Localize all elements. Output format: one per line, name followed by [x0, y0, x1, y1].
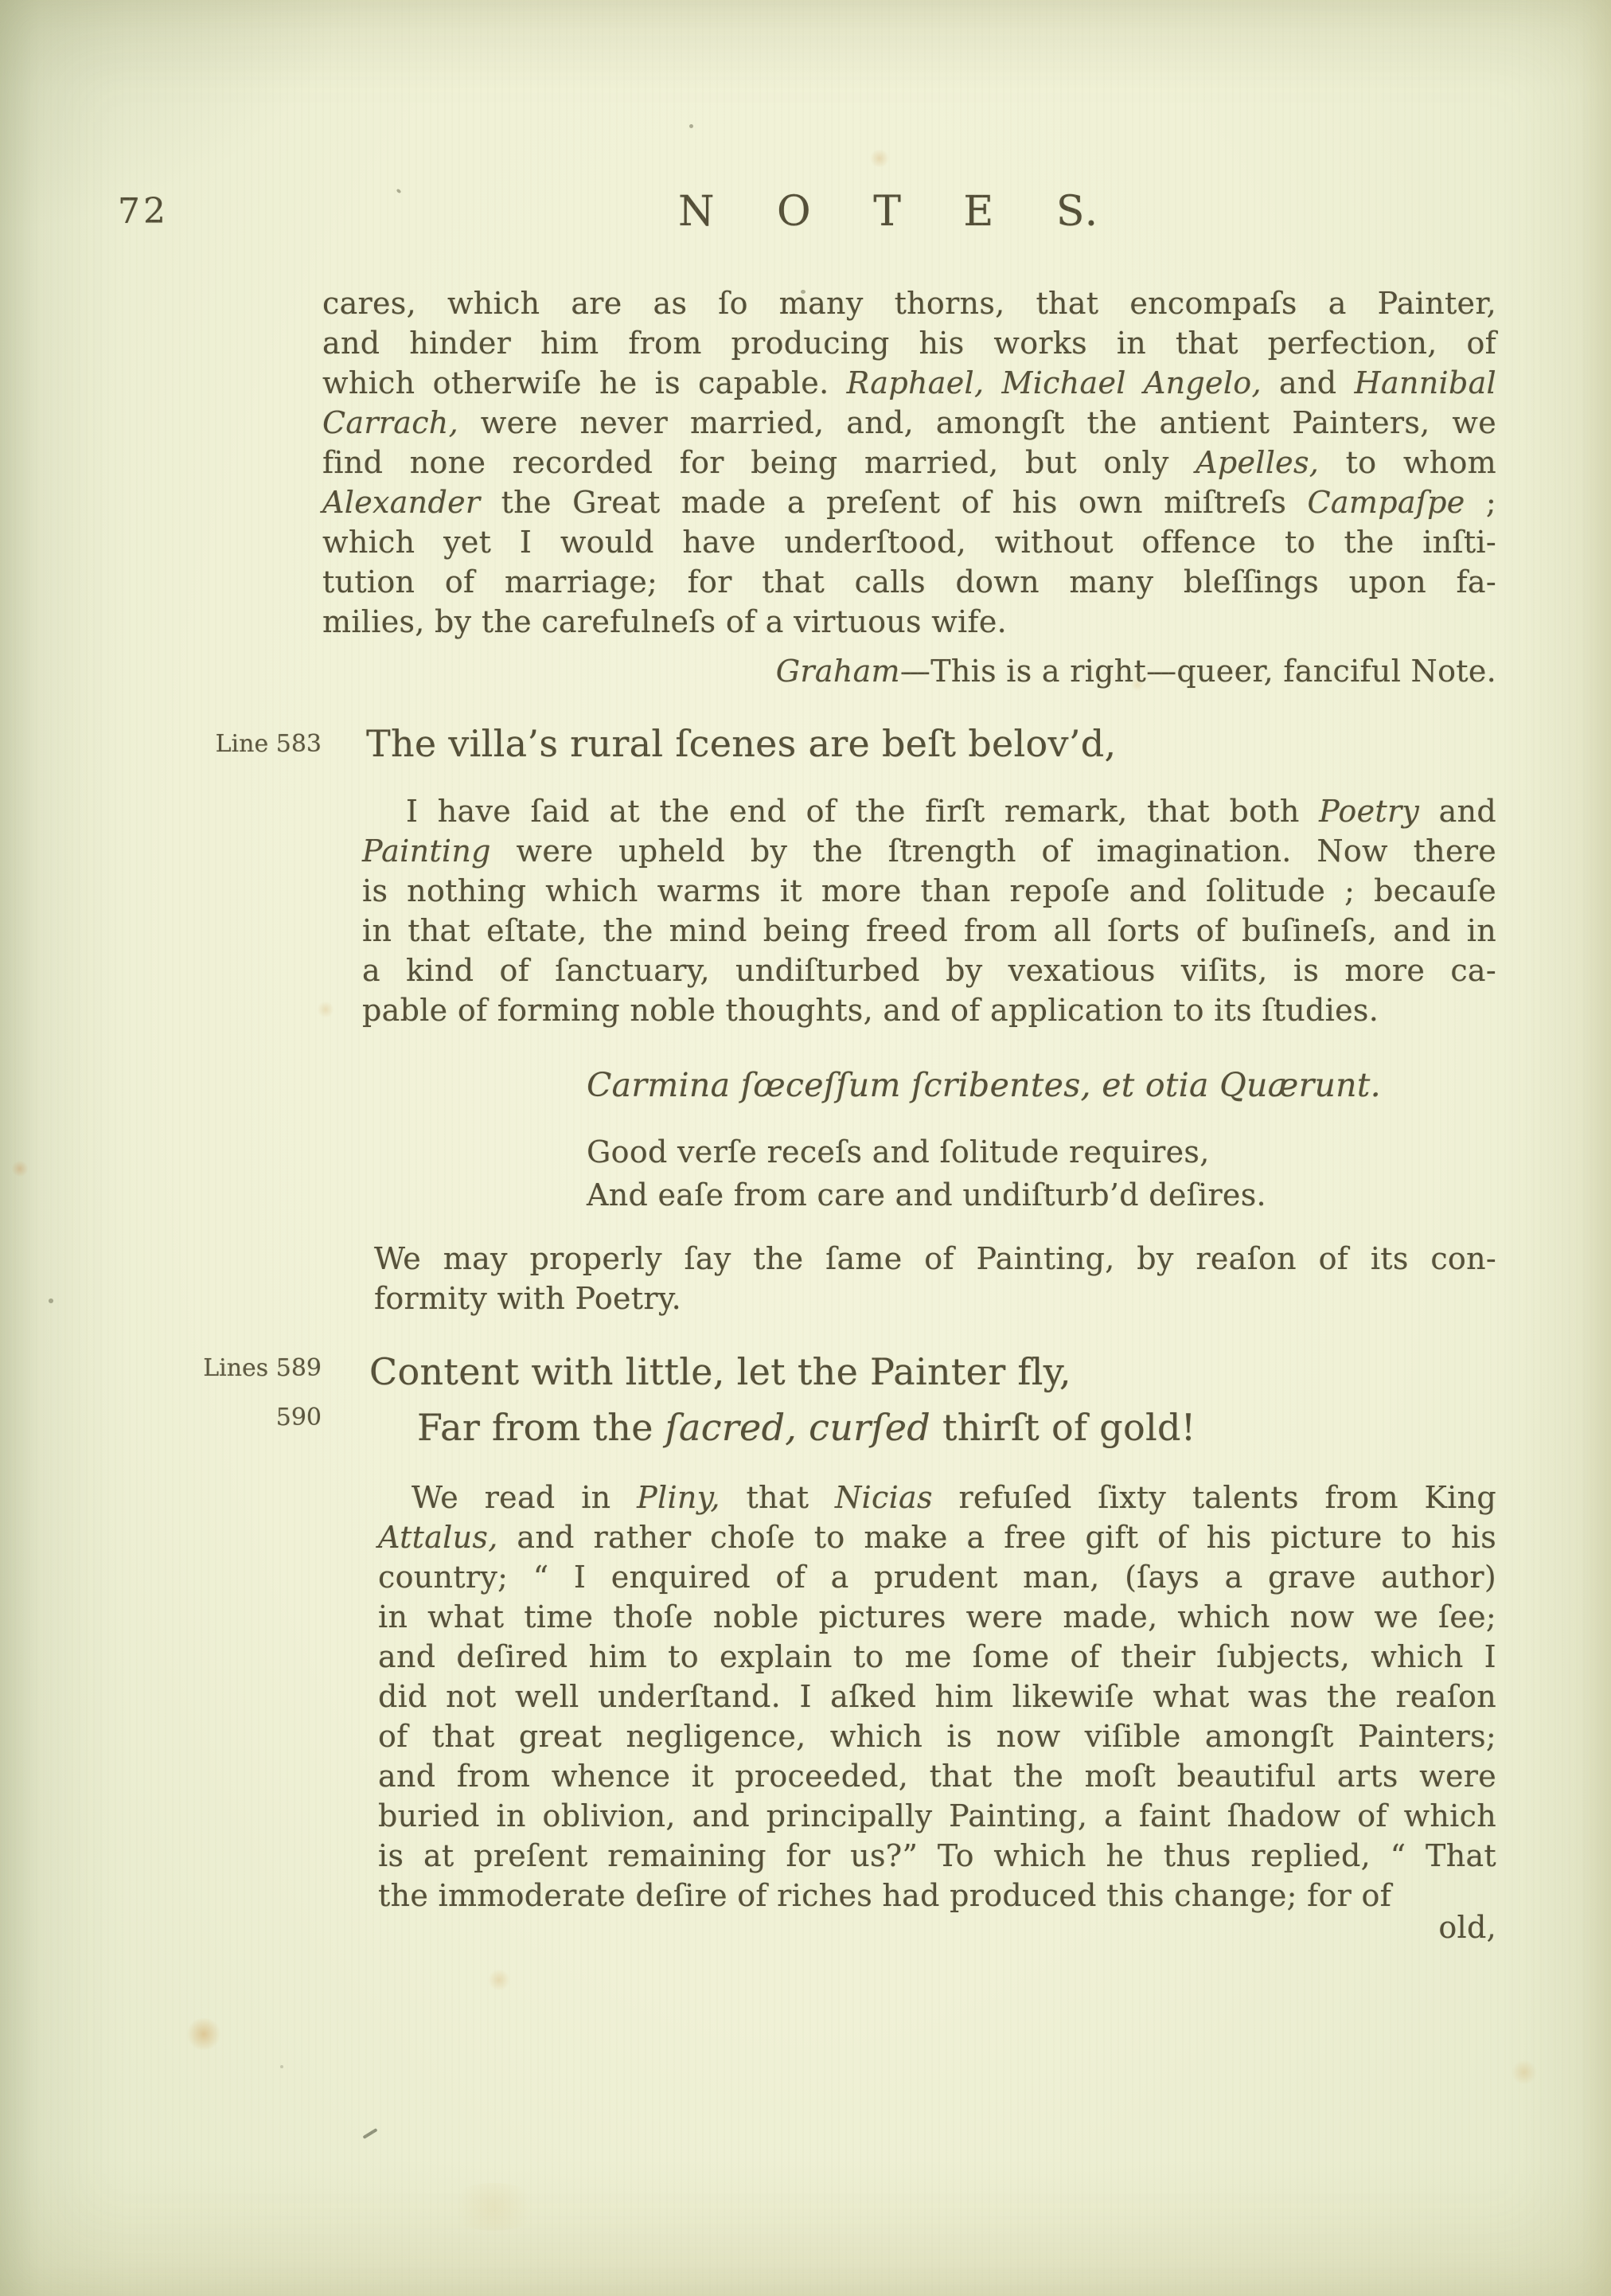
- italic-text-run: Graham: [776, 654, 900, 689]
- text-line: find none recorded for being married, bu…: [322, 443, 1496, 482]
- text-line: country; “ I enquired of a prudent man, …: [378, 1557, 1496, 1597]
- text-run: and hinder him from producing his works …: [322, 326, 1496, 361]
- italic-text-run: Hannibal: [1355, 365, 1496, 400]
- text-run: of that great negligence, which is now v…: [378, 1719, 1496, 1754]
- text-line: Carmina ſœceſſum ſcribentes, et otia Quæ…: [587, 1064, 1496, 1107]
- margin-lines-label-2: 590: [170, 1403, 322, 1433]
- text-line: The villa’s rural ſcenes are beſt belov’…: [366, 721, 1496, 766]
- text-line: I have ſaid at the end of the firſt rema…: [362, 791, 1496, 831]
- text-line: milies, by the carefulneſs of a virtuous…: [322, 602, 1496, 642]
- text-run: ;: [1465, 485, 1496, 520]
- text-line: formity with Poetry.: [374, 1279, 1496, 1318]
- text-run: pable of forming noble thoughts, and of …: [362, 993, 1379, 1028]
- note-attribution: Graham—This is a right—queer, fanciful N…: [334, 651, 1496, 691]
- text-line: Painting were upheld by the ſtrength of …: [362, 831, 1496, 871]
- text-line: Graham—This is a right—queer, fanciful N…: [334, 651, 1496, 691]
- text-run: is at preſent remaining for us?” To whic…: [378, 1838, 1496, 1873]
- text-line: and deſired him to explain to me ſome of…: [378, 1637, 1496, 1677]
- italic-text-run: Alexander: [322, 485, 480, 520]
- text-run: were upheld by the ſtrength of imaginati…: [491, 834, 1496, 869]
- text-line: and hinder him from producing his works …: [322, 323, 1496, 363]
- text-run: is nothing which warms it more than repo…: [362, 873, 1496, 908]
- italic-text-run: Campaſpe: [1308, 485, 1465, 520]
- text-line: which yet I would have underſtood, witho…: [322, 522, 1496, 562]
- text-run: And eaſe from care and undiſturb’d deſir…: [587, 1177, 1266, 1212]
- paragraph-continuation: cares, which are as ſo many thorns, that…: [322, 283, 1496, 642]
- text-run: —This is a right—queer, fanciful Note.: [900, 654, 1496, 689]
- italic-text-run: Carrach,: [322, 405, 458, 440]
- text-run: the Great made a preſent of his own miſt…: [480, 485, 1307, 520]
- italic-text-run: ſacred, curſed: [665, 1406, 930, 1449]
- verse-translation: Good verſe receſs and ſolitude requires,…: [587, 1130, 1496, 1216]
- paragraph-remark: I have ſaid at the end of the firſt rema…: [362, 791, 1496, 1030]
- text-run: old,: [1438, 1910, 1496, 1945]
- text-line: Good verſe receſs and ſolitude requires,: [587, 1130, 1496, 1173]
- text-line: of that great negligence, which is now v…: [378, 1716, 1496, 1756]
- text-run: country; “ I enquired of a prudent man, …: [378, 1560, 1496, 1595]
- text-run: tution of marriage; for that calls down …: [322, 564, 1496, 599]
- text-run: to whom: [1319, 445, 1496, 480]
- paper-stain: [317, 1002, 334, 1017]
- text-line: We may properly ſay the ſame of Painting…: [374, 1239, 1496, 1279]
- text-line: buried in oblivion, and principally Pain…: [378, 1796, 1496, 1836]
- text-line: old,: [334, 1907, 1496, 1947]
- text-line: cares, which are as ſo many thorns, that…: [322, 283, 1496, 323]
- text-line: pable of forming noble thoughts, and of …: [362, 990, 1496, 1030]
- italic-text-run: Nicias: [835, 1480, 933, 1515]
- text-line: Content with little, let the Painter fly…: [369, 1344, 1496, 1400]
- page-number: 72: [118, 191, 169, 232]
- lemma-quotation-583: The villa’s rural ſcenes are beſt belov’…: [366, 721, 1496, 766]
- text-run: milies, by the carefulneſs of a virtuous…: [322, 604, 1007, 639]
- latin-quotation: Carmina ſœceſſum ſcribentes, et otia Quæ…: [587, 1064, 1496, 1107]
- text-run: thirſt of gold!: [930, 1406, 1196, 1449]
- text-run: and rather choſe to make a free gift of …: [498, 1520, 1496, 1555]
- text-run: We may properly ſay the ſame of Painting…: [374, 1241, 1496, 1276]
- text-line: Far from the ſacred, curſed thirſt of go…: [417, 1400, 1496, 1455]
- text-run: find none recorded for being married, bu…: [322, 445, 1196, 480]
- text-run: We read in: [412, 1480, 637, 1515]
- italic-text-run: Poetry: [1319, 794, 1419, 829]
- margin-line-label: Line 583: [170, 729, 322, 759]
- text-run: Good verſe receſs and ſolitude requires,: [587, 1134, 1210, 1169]
- italic-text-run: Apelles,: [1196, 445, 1319, 480]
- text-run: formity with Poetry.: [374, 1281, 681, 1316]
- text-run: a kind of ſanctuary, undiſturbed by vexa…: [362, 953, 1496, 988]
- italic-text-run: Attalus,: [378, 1520, 498, 1555]
- text-run: which yet I would have underſtood, witho…: [322, 525, 1496, 560]
- text-run: Content with little, let the Painter fly…: [369, 1350, 1071, 1393]
- text-run: and: [1262, 365, 1355, 400]
- text-run: that: [720, 1480, 835, 1515]
- text-run: were never married, and, amongſt the ant…: [458, 405, 1496, 440]
- text-line: and from whence it proceeded, that the m…: [378, 1756, 1496, 1796]
- margin-lines-reference: Lines 589 590: [170, 1353, 322, 1433]
- text-run: buried in oblivion, and principally Pain…: [378, 1798, 1496, 1833]
- text-run: Far from the: [417, 1406, 665, 1449]
- text-line: did not well underſtand. I aſked him lik…: [378, 1677, 1496, 1716]
- paper-stain: [185, 2018, 222, 2050]
- italic-text-run: Pliny,: [637, 1480, 720, 1515]
- text-column: cares, which are as ſo many thorns, that…: [334, 0, 1496, 2296]
- catchword: old,: [334, 1907, 1496, 1947]
- text-line: Attalus, and rather choſe to make a free…: [378, 1517, 1496, 1557]
- text-line: in that eſtate, the mind being freed fro…: [362, 911, 1496, 951]
- text-line: tution of marriage; for that calls down …: [322, 562, 1496, 602]
- text-line: Carrach, were never married, and, amongſ…: [322, 403, 1496, 443]
- text-run: in what time thoſe noble pictures were m…: [378, 1599, 1496, 1634]
- text-run: refuſed ſixty talents from King: [933, 1480, 1496, 1515]
- text-line: a kind of ſanctuary, undiſturbed by vexa…: [362, 951, 1496, 990]
- italic-text-run: Carmina ſœceſſum ſcribentes, et otia Quæ…: [587, 1066, 1381, 1104]
- margin-lines-label: Lines 589: [170, 1353, 322, 1384]
- book-page-scan: 72 N O T E S. cares, which are as ſo man…: [0, 0, 1611, 2296]
- text-run: and from whence it proceeded, that the m…: [378, 1759, 1496, 1794]
- paper-stain: [1511, 2060, 1538, 2084]
- italic-text-run: Raphael, Michael Angelo,: [847, 365, 1262, 400]
- margin-line-reference: Line 583: [170, 729, 322, 759]
- text-run: I have ſaid at the end of the firſt rema…: [406, 794, 1319, 829]
- paper-speck: [49, 1298, 53, 1303]
- text-run: and deſired him to explain to me ſome of…: [378, 1639, 1496, 1674]
- text-run: which otherwiſe he is capable.: [322, 365, 847, 400]
- text-run: and: [1419, 794, 1496, 829]
- text-line: Alexander the Great made a preſent of hi…: [322, 482, 1496, 522]
- text-run: The villa’s rural ſcenes are beſt belov’…: [366, 722, 1116, 765]
- text-line: We read in Pliny, that Nicias refuſed ſi…: [378, 1478, 1496, 1517]
- paper-speck: [280, 2065, 283, 2068]
- text-run: did not well underſtand. I aſked him lik…: [378, 1679, 1496, 1714]
- text-line: And eaſe from care and undiſturb’d deſir…: [587, 1173, 1496, 1216]
- text-run: in that eſtate, the mind being freed fro…: [362, 913, 1496, 948]
- text-line: which otherwiſe he is capable. Raphael, …: [322, 363, 1496, 403]
- text-line: in what time thoſe noble pictures were m…: [378, 1597, 1496, 1637]
- paragraph-conformity: We may properly ſay the ſame of Painting…: [374, 1239, 1496, 1318]
- text-line: is at preſent remaining for us?” To whic…: [378, 1836, 1496, 1876]
- text-line: is nothing which warms it more than repo…: [362, 871, 1496, 911]
- paragraph-pliny: We read in Pliny, that Nicias refuſed ſi…: [378, 1478, 1496, 1915]
- paper-stain: [11, 1161, 29, 1177]
- italic-text-run: Painting: [362, 834, 491, 869]
- lemma-quotation-589-590: Content with little, let the Painter fly…: [369, 1344, 1496, 1455]
- text-run: cares, which are as ſo many thorns, that…: [322, 286, 1496, 321]
